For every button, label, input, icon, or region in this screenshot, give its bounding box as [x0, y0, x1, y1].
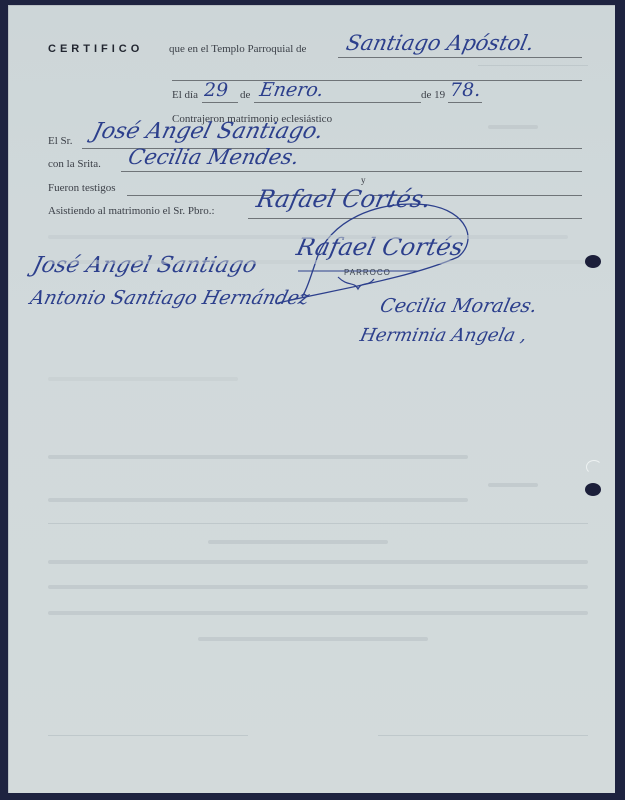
certificate-paper: CERTIFICO que en el Templo Parroquial de…	[8, 5, 615, 793]
bride-line	[121, 171, 582, 172]
witness-2-signature: Herminia Angela ,	[358, 325, 529, 346]
bride-signature: Cecilia Morales.	[378, 295, 539, 317]
bleed-through-text	[48, 260, 588, 264]
bleed-through-text	[48, 498, 468, 502]
bleed-through-text	[48, 377, 238, 381]
temple-label: que en el Templo Parroquial de	[169, 43, 306, 55]
year-label: de 19	[421, 89, 445, 101]
witness-1-signature: Antonio Santiago Hernández	[28, 287, 312, 309]
groom-label: El Sr.	[48, 135, 72, 147]
groom-signature: José Angel Santiago	[30, 253, 259, 278]
temple-continuation-line	[172, 80, 582, 81]
bleed-through-text	[488, 125, 538, 129]
punch-hole-shadow	[586, 460, 602, 474]
bleed-through	[88, 45, 168, 46]
month-value[interactable]: Enero.	[258, 79, 325, 101]
year-line	[448, 102, 482, 103]
bleed-through-text	[48, 585, 588, 589]
priest-label: Asistiendo al matrimonio el Sr. Pbro.:	[48, 205, 215, 217]
witnesses-label: Fueron testigos	[48, 182, 116, 194]
punch-hole	[585, 483, 601, 496]
bleed-through-text	[48, 235, 568, 239]
bleed-through-line	[478, 65, 588, 66]
month-line	[254, 102, 421, 103]
bride-value[interactable]: Cecilia Mendes.	[126, 145, 301, 169]
day-value[interactable]: 29	[204, 79, 228, 101]
bleed-through-text	[48, 455, 468, 459]
witnesses-connector: y	[361, 175, 366, 185]
temple-value[interactable]: Santiago Apóstol.	[344, 31, 536, 55]
bleed-through-text	[208, 540, 388, 544]
groom-value[interactable]: José Angel Santiago.	[90, 119, 326, 144]
bleed-through-line	[378, 735, 588, 736]
bleed-through-line	[48, 735, 248, 736]
bride-label: con la Srita.	[48, 158, 101, 170]
punch-hole	[585, 255, 601, 268]
day-line	[202, 102, 238, 103]
year-value[interactable]: 78.	[450, 79, 480, 101]
bleed-through-text	[48, 560, 588, 564]
month-connector: de	[240, 89, 250, 101]
day-label: El día	[172, 89, 198, 101]
parroco-title: PARROCO	[344, 268, 391, 277]
temple-line	[338, 57, 582, 58]
bleed-through-line	[48, 523, 588, 524]
bleed-through-text	[488, 483, 538, 487]
bleed-through-text	[198, 637, 428, 641]
bleed-through-text	[48, 611, 588, 615]
